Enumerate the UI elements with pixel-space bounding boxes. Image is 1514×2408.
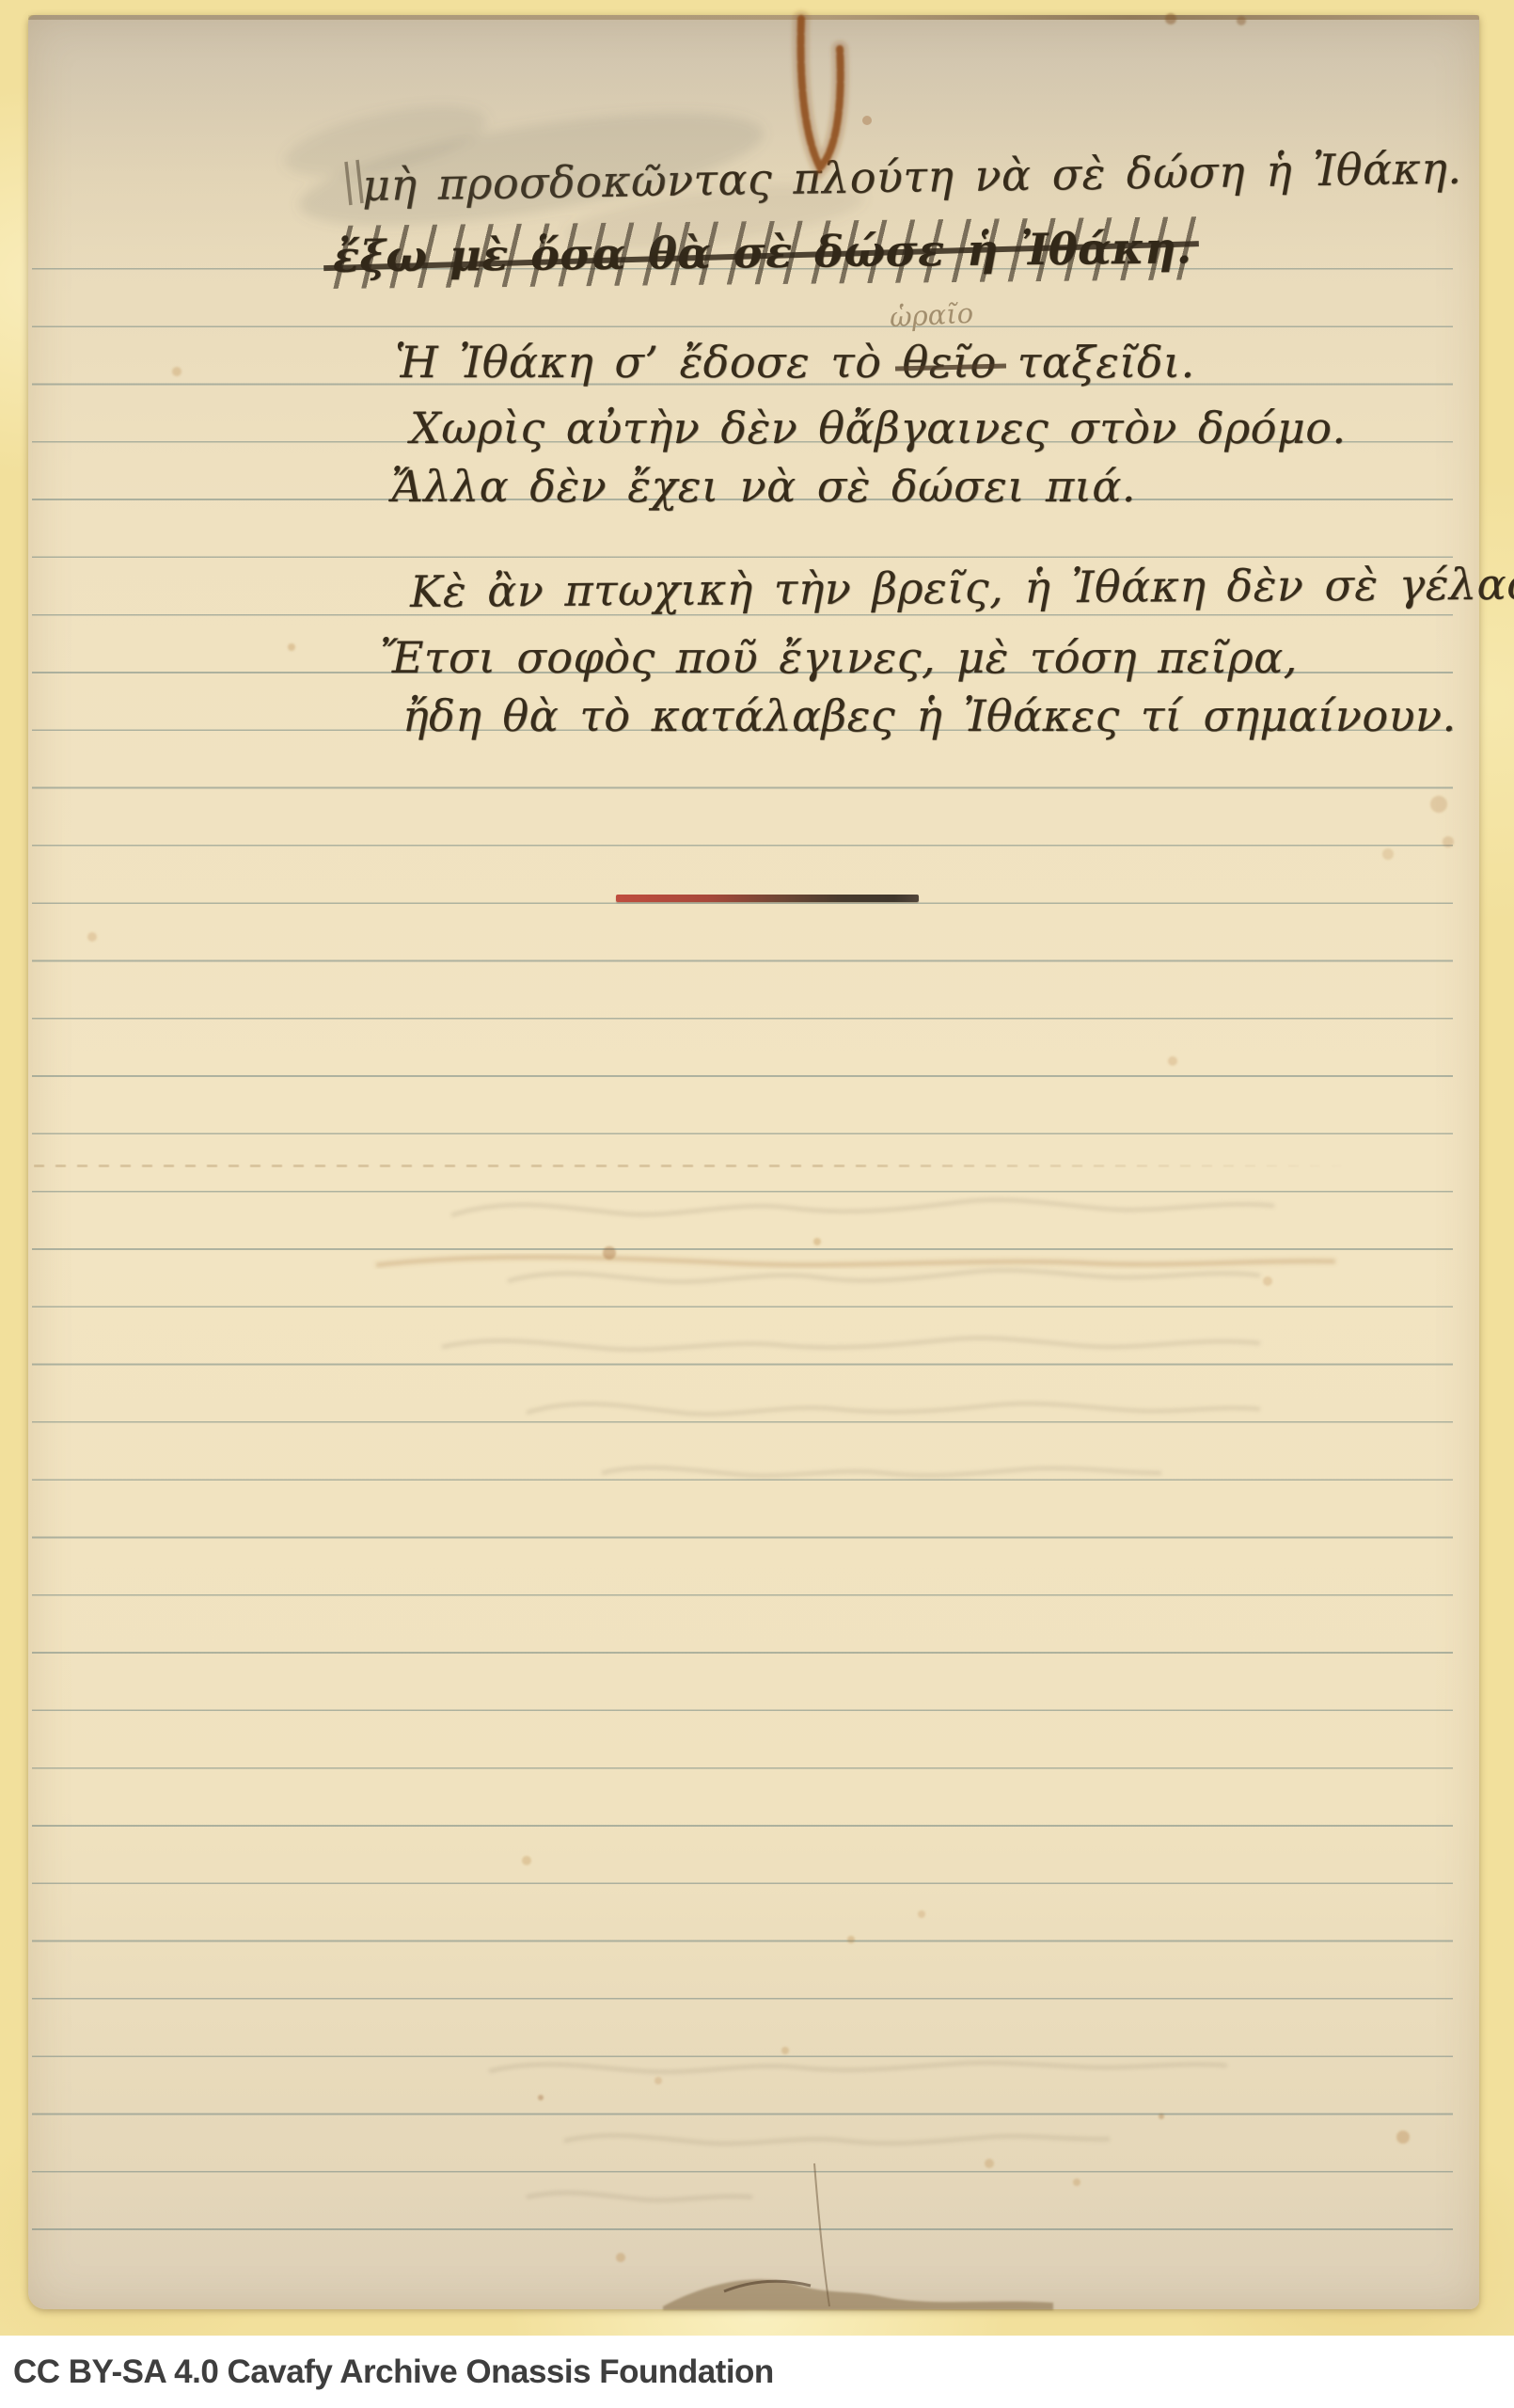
manuscript-page: μὴ προσδοκῶντας πλούτη νὰ σὲ δώση ἡ Ἰθάκ… [28, 15, 1479, 2309]
line3-suffix: ταξεῖδι. [997, 337, 1195, 388]
line3-prefix: Ἡ Ἰθάκη σ’ ἔδοσε τὸ [395, 337, 903, 388]
struck-word: θεῖοὡραῖο [903, 339, 997, 387]
poem-line-3: Ἡ Ἰθάκη σ’ ἔδοσε τὸ θεῖοὡραῖο ταξεῖδι. [395, 339, 1195, 387]
ink-divider-rule [616, 895, 919, 902]
poem-line-5: Ἄλλα δὲν ἔχει νὰ σὲ δώσει πιά. [391, 463, 1136, 511]
scan-backing-board: μὴ προσδοκῶντας πλούτη νὰ σὲ δώση ἡ Ἰθάκ… [0, 0, 1514, 2336]
poem-line-2-struck: ἔξω μὲ ὅσα θὰ σὲ δώσε ἡ Ἰθάκη. [327, 224, 1198, 280]
struck-text: ἔξω μὲ ὅσα θὰ σὲ δώσε ἡ Ἰθάκη. [327, 224, 1198, 280]
fold-crease [34, 1164, 1470, 1167]
license-text: CC BY-SA 4.0 Cavafy Archive Onassis Foun… [0, 2353, 774, 2391]
poem-line-6: Κὲ ἂν πτωχικὴ τὴν βρεῖς, ἡ Ἰθάκη δὲν σὲ … [410, 560, 1514, 615]
license-bar: CC BY-SA 4.0 Cavafy Archive Onassis Foun… [0, 2336, 1514, 2408]
poem-line-8: ἤδη θὰ τὸ κατάλαβες ἡ Ἰθάκες τί σημαίνου… [402, 692, 1457, 740]
pencil-correction: ὡραῖο [889, 299, 974, 334]
scanned-document: μὴ προσδοκῶντας πλούτη νὰ σὲ δώση ἡ Ἰθάκ… [0, 0, 1514, 2408]
poem-line-7: Ἔτσι σοφὸς ποῦ ἔγινες, μὲ τόση πεῖρα, [380, 634, 1298, 682]
poem-line-4: Χωρὶς αὐτὴν δὲν θἄβγαινες στὸν δρόμο. [410, 404, 1347, 452]
